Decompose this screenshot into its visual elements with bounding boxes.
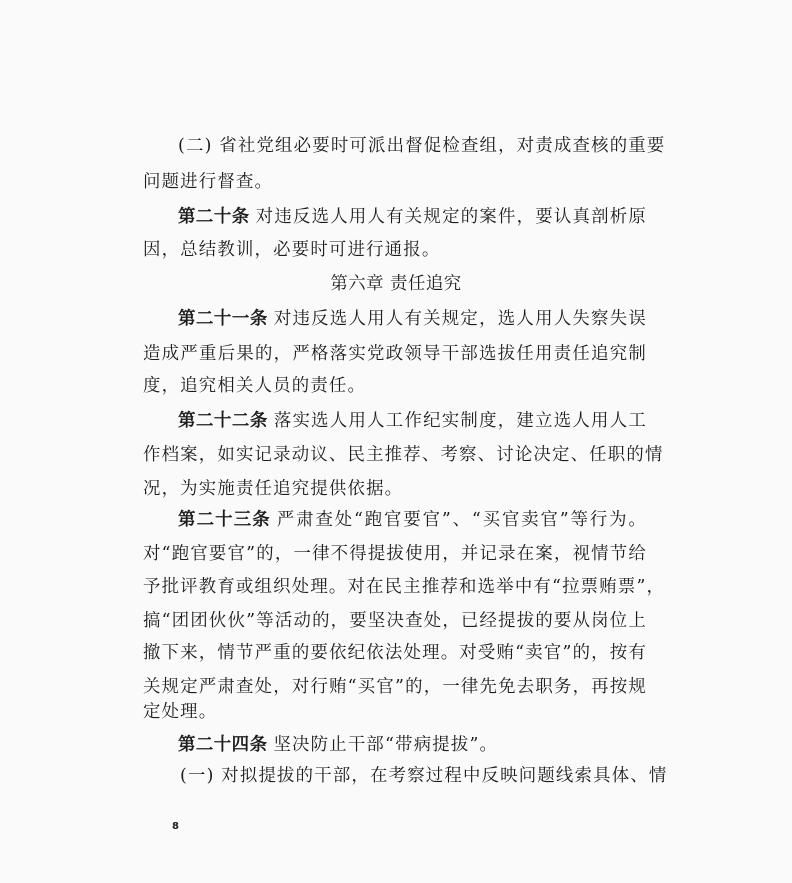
- article-21-line: 第二十一条对违反选人用人有关规定，选人用人失察失误: [178, 308, 647, 330]
- paragraph-line: 撤下来，情节严重的要依纪依法处理。对受贿“卖官”的，按有: [143, 642, 647, 664]
- paragraph-line: 定处理。: [143, 701, 647, 723]
- paragraph-line: 问题进行督查。: [143, 171, 647, 193]
- article-24-line: 第二十四条坚决防止干部“带病提拔”。: [178, 734, 647, 756]
- article-text: 对违反选人用人有关规定的案件，要认真剖析原: [256, 207, 647, 227]
- article-number: 第二十一条: [178, 309, 268, 329]
- article-number: 第二十条: [178, 207, 250, 227]
- paragraph-line: 作档案，如实记录动议、民主推荐、考察、讨论决定、任职的情: [143, 444, 647, 466]
- article-number: 第二十二条: [178, 411, 268, 431]
- paragraph-line: 度，追究相关人员的责任。: [143, 375, 647, 397]
- paragraph-line: (一) 对拟提拔的干部，在考察过程中反映问题线索具体、情: [180, 765, 647, 787]
- article-number: 第二十四条: [178, 735, 267, 755]
- paragraph-line: 关规定严肃查处，对行贿“买官”的，一律先免去职务，再按规: [143, 676, 647, 698]
- page-number: 8: [172, 821, 179, 832]
- paragraph-line: 搞“团团伙伙”等活动的，要坚决查处，已经提拔的要从岗位上: [143, 610, 647, 632]
- article-text: 坚决防止干部“带病提拔”。: [273, 735, 498, 755]
- article-text: 对违反选人用人有关规定，选人用人失察失误: [274, 309, 647, 329]
- document-page: (二) 省社党组必要时可派出督促检查组，对责成查核的重要 问题进行督查。 第二十…: [0, 0, 792, 883]
- chapter-heading: 第六章 责任追究: [0, 273, 792, 295]
- paragraph-line: 因，总结教训，必要时可进行通报。: [143, 239, 647, 261]
- article-22-line: 第二十二条落实选人用人工作纪实制度，建立选人用人工: [178, 410, 647, 432]
- article-text: 严肃查处“跑官要官”、“买官卖官”等行为。: [277, 510, 647, 530]
- paragraph-line: 况，为实施责任追究提供依据。: [143, 478, 647, 500]
- paragraph-line: 造成严重后果的，严格落实党政领导干部选拔任用责任追究制: [143, 343, 647, 365]
- article-23-line: 第二十三条严肃查处“跑官要官”、“买官卖官”等行为。: [178, 509, 647, 531]
- article-number: 第二十三条: [178, 510, 271, 530]
- article-20-line: 第二十条对违反选人用人有关规定的案件，要认真剖析原: [178, 206, 647, 228]
- paragraph-line: 予批评教育或组织处理。对在民主推荐和选举中有“拉票贿票”，: [143, 576, 647, 598]
- paragraph-line: (二) 省社党组必要时可派出督促检查组，对责成查核的重要: [178, 135, 647, 157]
- article-text: 落实选人用人工作纪实制度，建立选人用人工: [274, 411, 647, 431]
- paragraph-line: 对“跑官要官”的，一律不得提拔使用，并记录在案，视情节给: [143, 543, 647, 565]
